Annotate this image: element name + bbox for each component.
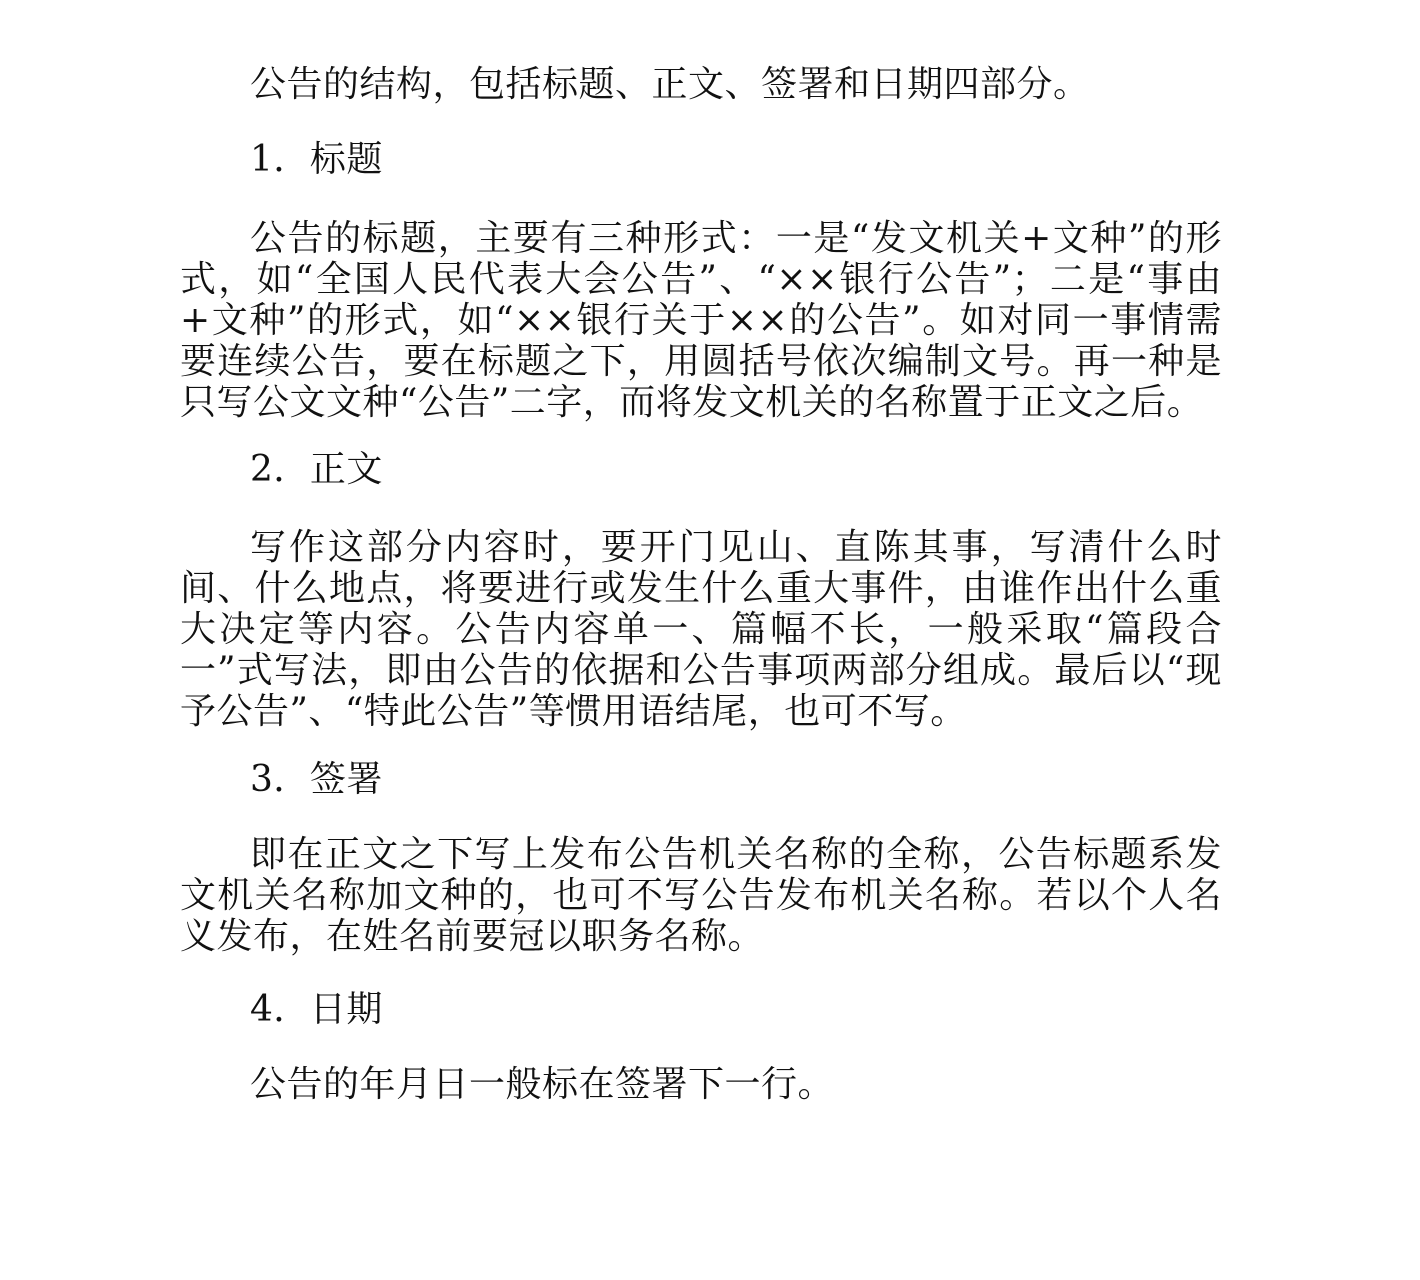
section-body-date: 公告的年月日一般标在签署下一行。 (180, 1064, 1222, 1105)
section-heading-title: 1．标题 (180, 139, 1222, 180)
intro-paragraph: 公告的结构，包括标题、正文、签署和日期四部分。 (180, 64, 1222, 105)
section-heading-body: 2．正文 (180, 449, 1222, 490)
section-heading-signature: 3．签署 (180, 759, 1222, 800)
section-body-title: 公告的标题，主要有三种形式：一是“发文机关+文种”的形式，如“全国人民代表大会公… (180, 218, 1222, 423)
section-heading-date: 4．日期 (180, 989, 1222, 1030)
section-body-body: 写作这部分内容时，要开门见山、直陈其事，写清什么时间、什么地点，将要进行或发生什… (180, 527, 1222, 732)
section-body-signature: 即在正文之下写上发布公告机关名称的全称，公告标题系发文机关名称加文种的，也可不写… (180, 834, 1222, 957)
